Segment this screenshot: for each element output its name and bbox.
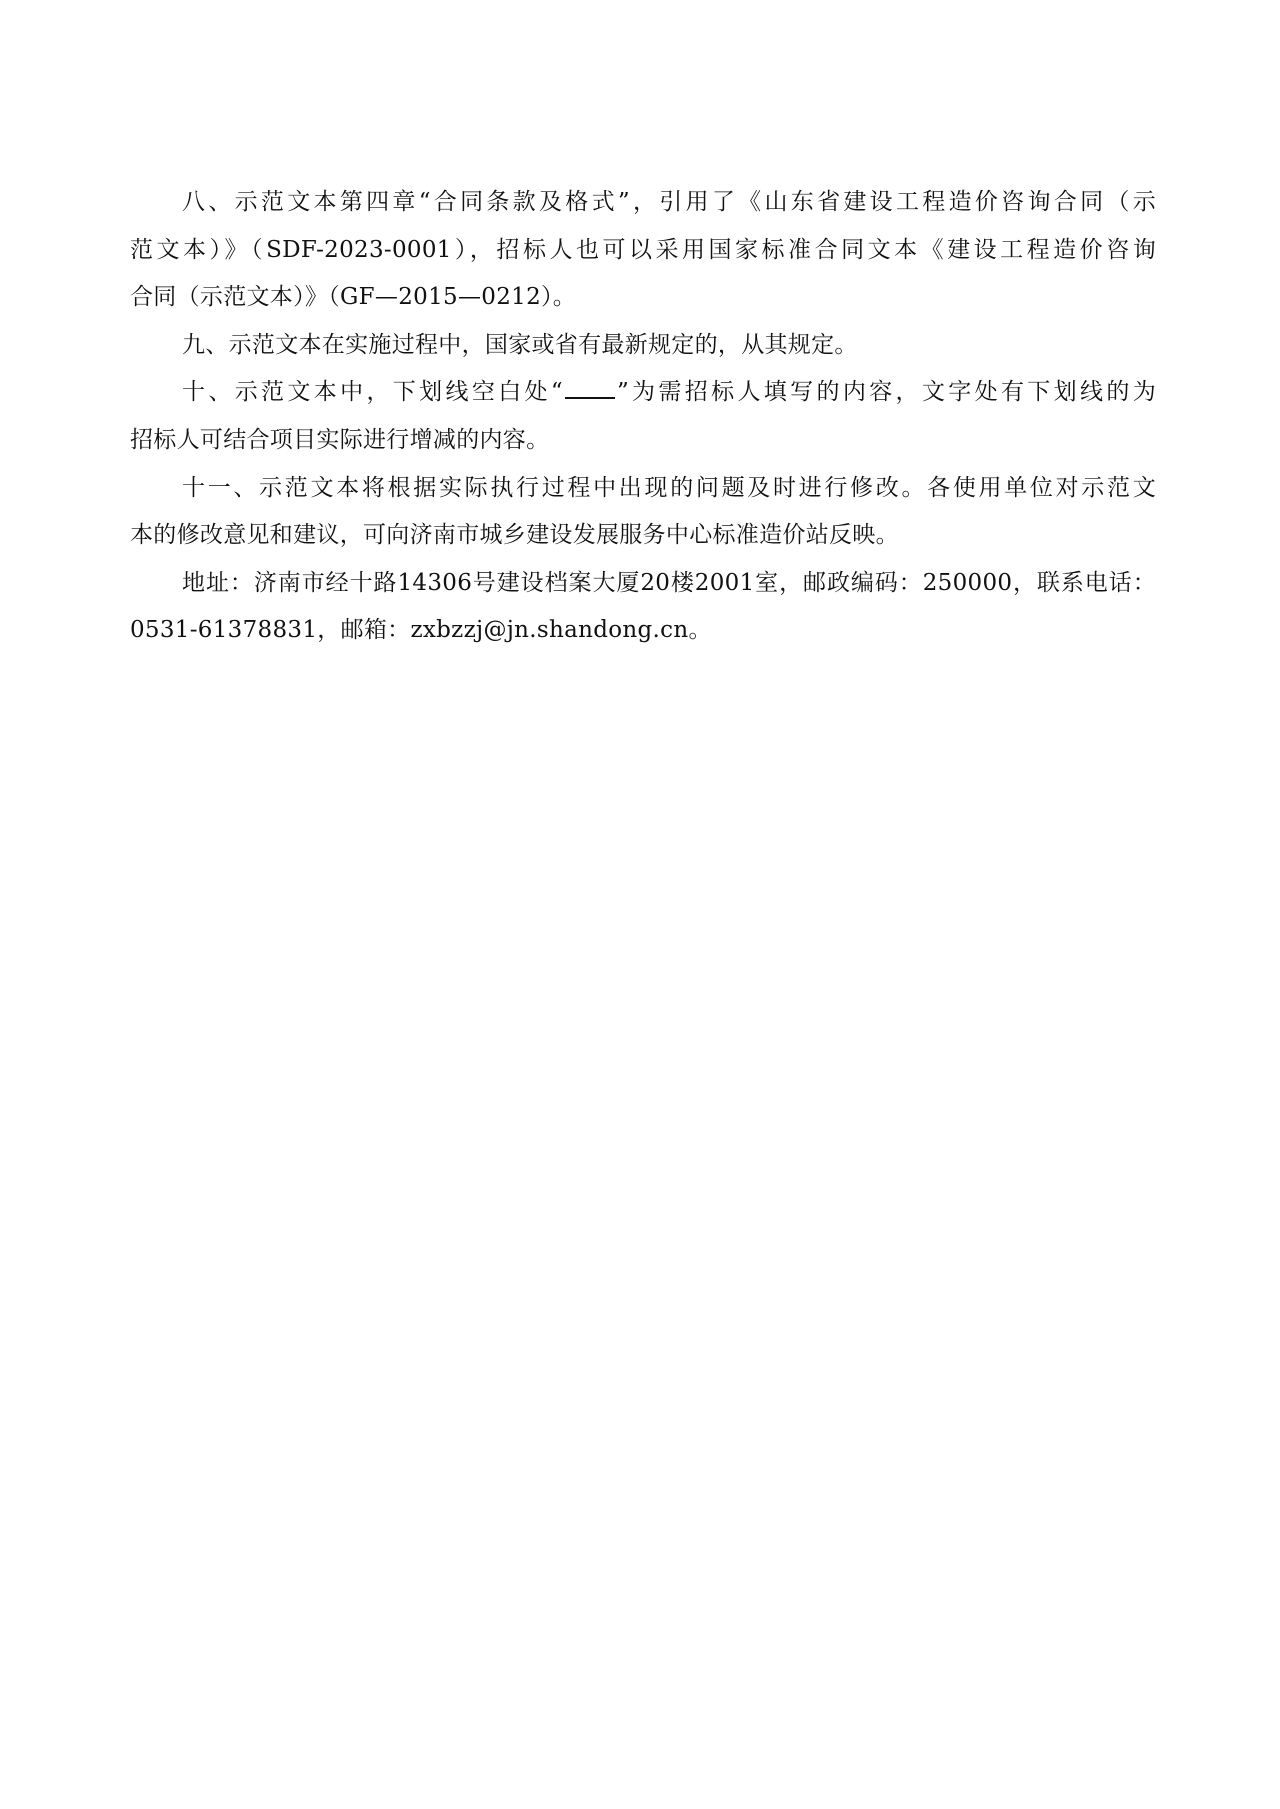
text-line: 八、示范文本第四章“合同条款及格式”，引用了《山东省建设工程造价咨询合同（示 bbox=[130, 182, 1156, 230]
paragraph-item-9: 九、示范文本在实施过程中，国家或省有最新规定的，从其规定。 bbox=[130, 325, 1156, 373]
text-line: 合同（示范文本）》（GF—2015—0212）。 bbox=[130, 277, 1156, 325]
text-line: 本的修改意见和建议，可向济南市城乡建设发展服务中心标准造价站反映。 bbox=[130, 515, 1156, 563]
text-line: 九、示范文本在实施过程中，国家或省有最新规定的，从其规定。 bbox=[130, 325, 1156, 373]
paragraph-item-10: 十、示范文本中，下划线空白处“”为需招标人填写的内容，文字处有下划线的为 招标人… bbox=[130, 372, 1156, 467]
text-line: 范文本）》（SDF-2023-0001），招标人也可以采用国家标准合同文本《建设… bbox=[130, 230, 1156, 278]
address-line: 地址：济南市经十路14306号建设档案大厦20楼2001室，邮政编码：25000… bbox=[130, 563, 1156, 611]
fill-in-blank-underline bbox=[565, 377, 615, 399]
text-segment: 十、示范文本中，下划线空白处“ bbox=[182, 379, 563, 405]
text-line: 招标人可结合项目实际进行增减的内容。 bbox=[130, 420, 1156, 468]
paragraph-item-11: 十一、示范文本将根据实际执行过程中出现的问题及时进行修改。各使用单位对示范文 本… bbox=[130, 468, 1156, 563]
text-segment: ”为需招标人填写的内容，文字处有下划线的为 bbox=[617, 379, 1156, 405]
phone-email-line: 0531-61378831，邮箱：zxbzzj@jn.shandong.cn。 bbox=[130, 610, 1156, 658]
paragraph-item-8: 八、示范文本第四章“合同条款及格式”，引用了《山东省建设工程造价咨询合同（示 范… bbox=[130, 182, 1156, 325]
contact-info: 地址：济南市经十路14306号建设档案大厦20楼2001室，邮政编码：25000… bbox=[130, 563, 1156, 658]
document-page: 八、示范文本第四章“合同条款及格式”，引用了《山东省建设工程造价咨询合同（示 范… bbox=[130, 182, 1156, 658]
text-line: 十一、示范文本将根据实际执行过程中出现的问题及时进行修改。各使用单位对示范文 bbox=[130, 468, 1156, 516]
text-line: 十、示范文本中，下划线空白处“”为需招标人填写的内容，文字处有下划线的为 bbox=[130, 372, 1156, 420]
